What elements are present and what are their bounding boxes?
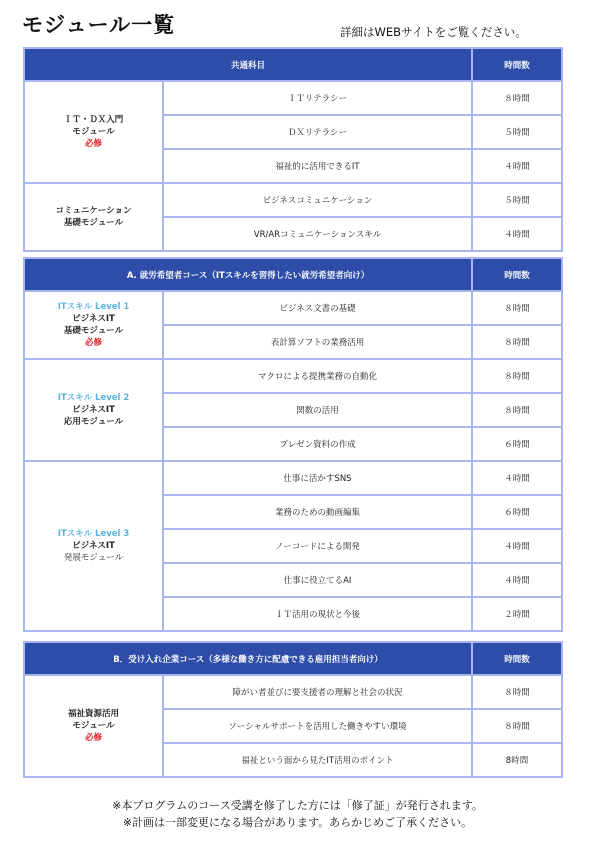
hours-cell: ８時間 [472,393,562,427]
table-header-row: B．受け入れ企業コース（多様な働き方に配慮できる雇用担当者向け） 時間数 [24,642,562,675]
module-name-line: 基礎モジュール [25,325,162,337]
page-title: モジュール一覧 [22,9,175,39]
required-badge: 必修 [25,732,162,744]
module-name-line: 福祉資源活用 [25,708,162,720]
subject-cell: ＤＸリテラシー [163,115,472,149]
hours-cell: ８時間 [472,81,562,115]
table-row: 福祉資源活用 モジュール 必修 障がい者並びに要支援者の理解と社会の状況 ８時間 [24,675,562,709]
subject-cell: マクロによる提携業務の自動化 [163,359,472,393]
subject-cell: ビジネス文書の基礎 [163,291,472,325]
table-row: ＩＴ・ＤＸ入門 モジュール 必修 ＩＴリテラシー ８時間 [24,81,562,115]
module-name-line: モジュール [25,720,162,732]
hours-cell: ５時間 [472,183,562,217]
website-note: 詳細はWEBサイトをご覧ください。 [340,24,527,40]
subject-cell: ソーシャルサポートを活用した働きやすい環境 [163,709,472,743]
footnotes: ※本プログラムのコース受講を修了した方には「修了証」が発行されます。 ※計画は一… [0,797,595,831]
subject-cell: ＩＴ活用の現状と今後 [163,597,472,631]
subject-cell: 業務のための動画編集 [163,495,472,529]
subject-cell: 福祉という面から見たIT活用のポイント [163,743,472,777]
module-name-line: ビジネスIT [25,404,162,416]
subject-cell: 仕事に役立てるAI [163,563,472,597]
table-header-row: A. 就労希望者コース（ITスキルを習得したい就労希望者向け） 時間数 [24,258,562,291]
module-name-line: モジュール [25,126,162,138]
level-label: ITスキル Level 1 [25,301,162,313]
hours-cell: ４時間 [472,149,562,183]
subject-cell: 表計算ソフトの業務活用 [163,325,472,359]
table-heading: 共通科目 [24,48,472,81]
subject-cell: 福祉的に活用できるIT [163,149,472,183]
module-name-line: 応用モジュール [25,416,162,428]
hours-cell: ４時間 [472,563,562,597]
hours-cell: ８時間 [472,675,562,709]
module-name-line: 基礎モジュール [25,217,162,229]
hours-cell: ６時間 [472,427,562,461]
hours-cell: ５時間 [472,115,562,149]
subject-cell: ビジネスコミュニケーション [163,183,472,217]
hours-cell: ８時間 [472,291,562,325]
level-label: ITスキル Level 2 [25,392,162,404]
module-group-level3: ITスキル Level 3 ビジネスIT 発展モジュール [24,461,163,631]
module-name-line: 発展モジュール [25,552,162,564]
hours-cell: ８時間 [472,709,562,743]
table-row: ITスキル Level 2 ビジネスIT 応用モジュール マクロによる提携業務の… [24,359,562,393]
module-name-line: ＩＴ・ＤＸ入門 [25,114,162,126]
module-group-welfare: 福祉資源活用 モジュール 必修 [24,675,163,777]
subject-cell: プレゼン資料の作成 [163,427,472,461]
subject-cell: 関数の活用 [163,393,472,427]
module-group-communication: コミュニケーション 基礎モジュール [24,183,163,251]
course-a-table: A. 就労希望者コース（ITスキルを習得したい就労希望者向け） 時間数 ITスキ… [23,257,563,632]
hours-cell: ６時間 [472,495,562,529]
hours-cell: 8時間 [472,743,562,777]
hours-cell: ４時間 [472,461,562,495]
table-header-row: 共通科目 時間数 [24,48,562,81]
hours-heading: 時間数 [472,48,562,81]
subject-cell: 障がい者並びに要支援者の理解と社会の状況 [163,675,472,709]
course-b-table: B．受け入れ企業コース（多様な働き方に配慮できる雇用担当者向け） 時間数 福祉資… [23,641,563,778]
table-row: ITスキル Level 3 ビジネスIT 発展モジュール 仕事に活かすSNS ４… [24,461,562,495]
hours-cell: ４時間 [472,529,562,563]
module-group-itdx: ＩＴ・ＤＸ入門 モジュール 必修 [24,81,163,183]
module-name-line: ビジネスIT [25,540,162,552]
footnote-plan-change: ※計画は一部変更になる場合があります。あらかじめご了承ください。 [0,814,595,831]
module-name-line: ビジネスIT [25,313,162,325]
subject-cell: 仕事に活かすSNS [163,461,472,495]
subject-cell: VR/ARコミュニケーションスキル [163,217,472,251]
subject-cell: ＩＴリテラシー [163,81,472,115]
module-group-level1: ITスキル Level 1 ビジネスIT 基礎モジュール 必修 [24,291,163,359]
module-name-line: コミュニケーション [25,205,162,217]
hours-heading: 時間数 [472,642,562,675]
hours-cell: ２時間 [472,597,562,631]
hours-heading: 時間数 [472,258,562,291]
hours-cell: ８時間 [472,359,562,393]
table-heading: A. 就労希望者コース（ITスキルを習得したい就労希望者向け） [24,258,472,291]
hours-cell: ８時間 [472,325,562,359]
subject-cell: ノーコードによる開発 [163,529,472,563]
footnote-certificate: ※本プログラムのコース受講を修了した方には「修了証」が発行されます。 [0,797,595,814]
hours-cell: ４時間 [472,217,562,251]
table-heading: B．受け入れ企業コース（多様な働き方に配慮できる雇用担当者向け） [24,642,472,675]
common-subjects-table: 共通科目 時間数 ＩＴ・ＤＸ入門 モジュール 必修 ＩＴリテラシー ８時間 ＤＸ… [23,47,563,252]
module-group-level2: ITスキル Level 2 ビジネスIT 応用モジュール [24,359,163,461]
table-row: コミュニケーション 基礎モジュール ビジネスコミュニケーション ５時間 [24,183,562,217]
level-label: ITスキル Level 3 [25,528,162,540]
required-badge: 必修 [25,138,162,150]
required-badge: 必修 [25,337,162,349]
table-row: ITスキル Level 1 ビジネスIT 基礎モジュール 必修 ビジネス文書の基… [24,291,562,325]
